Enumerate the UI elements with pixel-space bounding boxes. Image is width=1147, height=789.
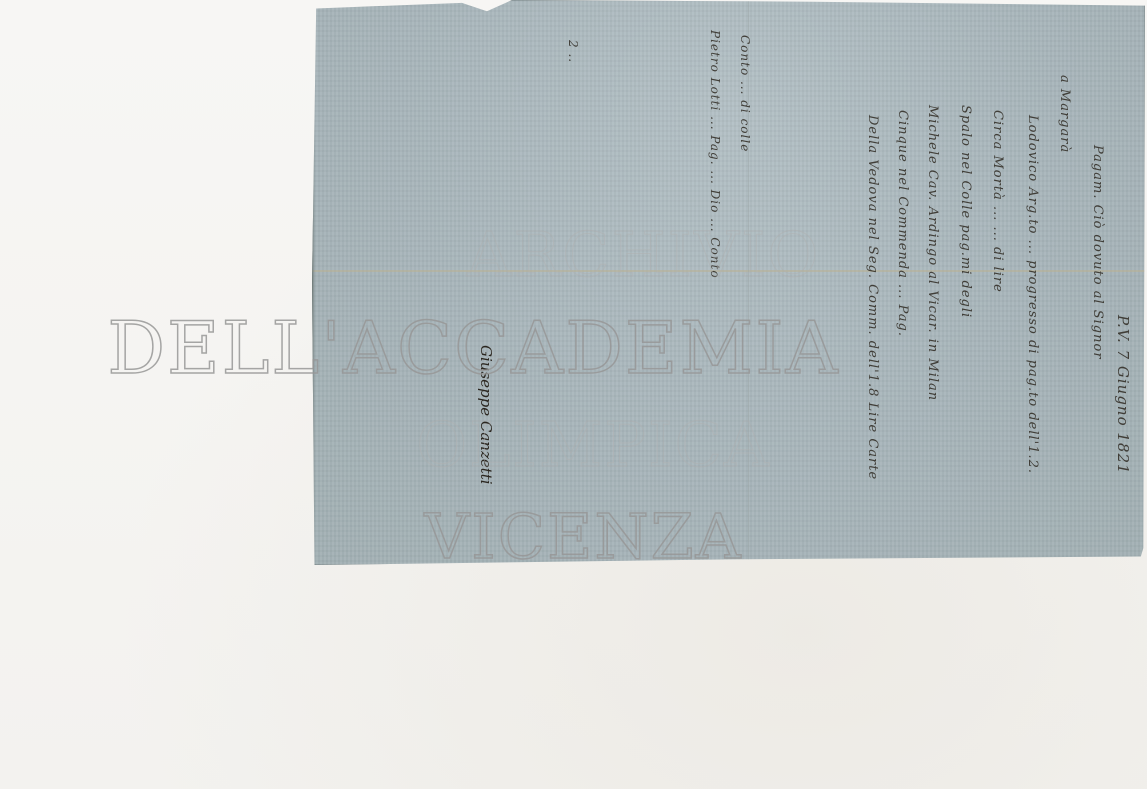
- body-line: a Margarà: [1057, 75, 1072, 153]
- signature: Giuseppe Canzetti: [477, 345, 495, 485]
- body-line: Michele Cav. Ardingo al Vicar. in Milan: [925, 105, 940, 401]
- manuscript-paper: [312, 0, 1145, 565]
- body-line: Spalo nel Colle pag.mi degli: [958, 105, 973, 318]
- body-line: Cinque nel Commenda ... Pag.: [895, 110, 910, 337]
- left-column-line: Pietro Lotti ... Pag. ... Dio ... Conto: [708, 30, 722, 279]
- top-mark: 2 ..: [566, 40, 580, 63]
- body-line: Della Vedova nel Seg. Comm. dell'1.8 Lir…: [865, 115, 880, 480]
- left-column-line: Conto ... di colle: [738, 35, 752, 152]
- horizontal-fold-line: [312, 270, 1145, 272]
- body-line: Lodovico Arg.to ... progresso di pag.to …: [1025, 115, 1040, 474]
- date-line: P.V. 7 Giugno 1821: [1114, 315, 1132, 475]
- body-line: Circa Mortà ... ... di lire: [990, 110, 1005, 293]
- body-line: Pagam. Ciò dovuto al Signor: [1090, 145, 1105, 360]
